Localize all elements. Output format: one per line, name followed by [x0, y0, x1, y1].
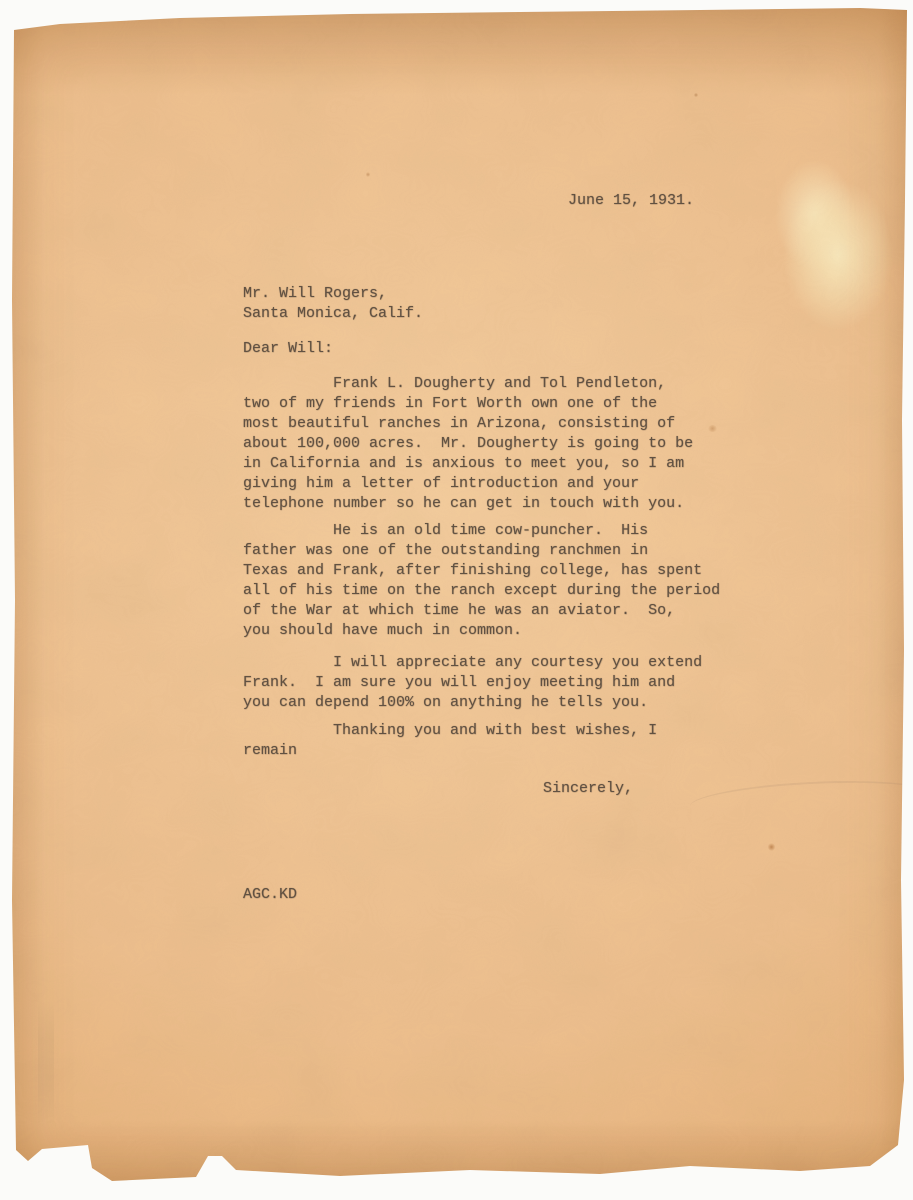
scanned-letter-page: June 15, 1931. Mr. Will Rogers, Santa Mo… [0, 0, 913, 1200]
letter-paper: June 15, 1931. Mr. Will Rogers, Santa Mo… [0, 0, 913, 1200]
body-paragraph-2: He is an old time cow-puncher. His fathe… [243, 521, 720, 641]
body-paragraph-1: Frank L. Dougherty and Tol Pendleton, tw… [243, 374, 693, 514]
recipient-address: Mr. Will Rogers, Santa Monica, Calif. [243, 284, 423, 324]
sign-off: Sincerely, [543, 779, 633, 799]
letter-text-layer: June 15, 1931. Mr. Will Rogers, Santa Mo… [0, 0, 913, 1200]
salutation: Dear Will: [243, 339, 333, 359]
date-line: June 15, 1931. [568, 191, 694, 211]
closing-lines: Thanking you and with best wishes, I rem… [243, 721, 657, 761]
typist-initials: AGC.KD [243, 885, 297, 905]
body-paragraph-3: I will appreciate any courtesy you exten… [243, 653, 702, 713]
